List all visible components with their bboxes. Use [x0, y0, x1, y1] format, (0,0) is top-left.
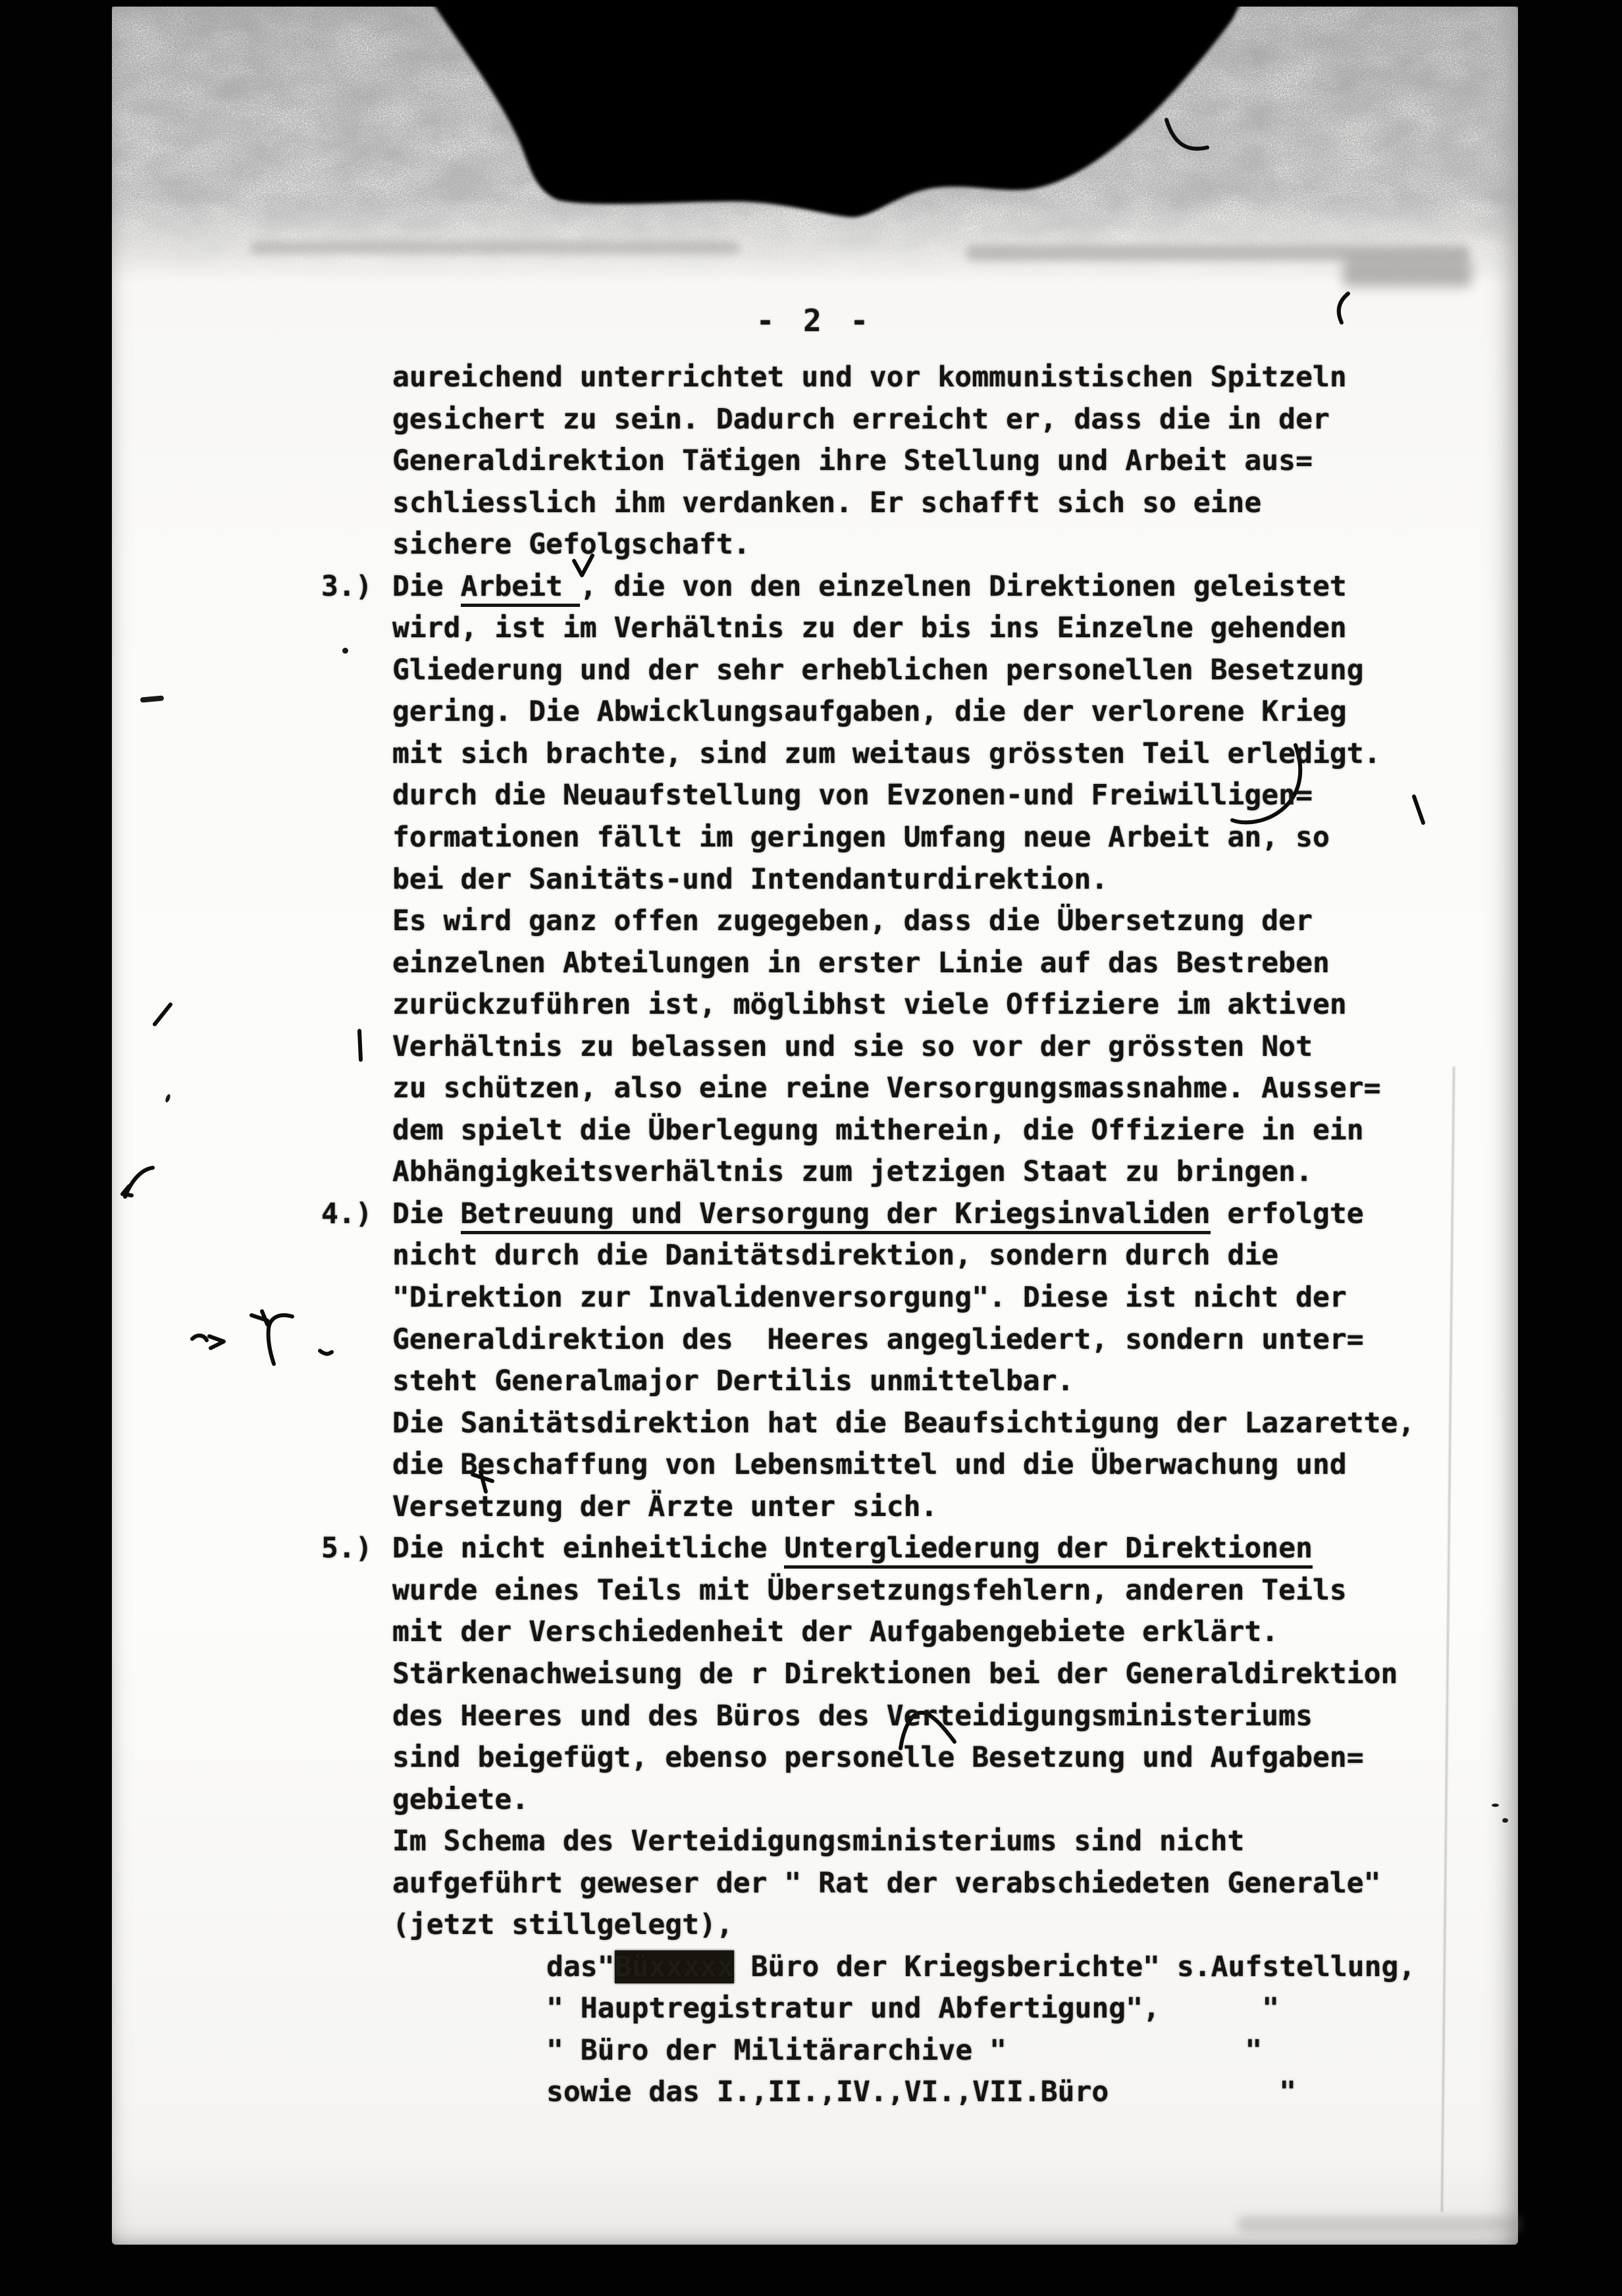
text-line: Die Sanitätsdirektion hat die Beaufsicht…	[392, 1403, 1525, 1445]
line-text: Generaldirektion des Heeres angegliedert…	[392, 1323, 1364, 1356]
text-line: dem spielt die Überlegung mitherein, die…	[392, 1110, 1525, 1152]
text-line: wird, ist im Verhältnis zu der bis ins E…	[392, 608, 1525, 650]
line-text: aureichend unterrichtet und vor kommunis…	[392, 361, 1347, 394]
text-line: gering. Die Abwicklungsaufgaben, die der…	[392, 691, 1525, 733]
line-text: sowie das I.,II.,IV.,VI.,VII.Büro "	[546, 2075, 1296, 2108]
text-line: sind beigefügt, ebenso personelle Besetz…	[392, 1737, 1525, 1779]
line-text: aufgeführt geweser der " Rat der verabsc…	[392, 1867, 1381, 1900]
line-text: zu schützen, also eine reine Versorgungs…	[392, 1072, 1381, 1105]
line-text: zurückzuführen ist, möglibhst viele Offi…	[392, 988, 1347, 1021]
line-text: schliesslich ihm verdanken. Er schafft s…	[392, 486, 1261, 519]
line-text: wird, ist im Verhältnis zu der bis ins E…	[392, 612, 1347, 644]
line-text: Versetzung der Ärzte unter sich.	[392, 1490, 937, 1523]
text-line: mit sich brachte, sind zum weitaus gröss…	[392, 733, 1525, 775]
text-line: Stärkenachweisung de r Direktionen bei d…	[392, 1654, 1525, 1696]
overstruck-text: Büxxxxx	[615, 1950, 734, 1983]
text-line: Es wird ganz offen zugegeben, dass die Ü…	[392, 900, 1525, 943]
line-text: sichere Gefolgschaft.	[392, 528, 750, 561]
underlined-text: Untergliederung der Direktionen	[784, 1532, 1313, 1569]
item-number: 5.)	[321, 1528, 373, 1570]
line-text: Es wird ganz offen zugegeben, dass die Ü…	[392, 904, 1313, 937]
underlined-text: Arbeit	[461, 570, 580, 607]
text-line: Verhältnis zu belassen und sie so vor de…	[392, 1026, 1525, 1068]
text-line: 4.)Die Betreuung und Versorgung der Krie…	[392, 1193, 1525, 1236]
line-text: Abhängigkeitsverhältnis zum jetzigen Sta…	[392, 1155, 1313, 1188]
text-line: sichere Gefolgschaft.	[392, 524, 1525, 566]
text-line: Gliederung und der sehr erheblichen pers…	[392, 650, 1525, 692]
line-text: gesichert zu sein. Dadurch erreicht er, …	[392, 403, 1330, 436]
document-text: aureichend unterrichtet und vor kommunis…	[392, 357, 1525, 2114]
text-line: Abhängigkeitsverhältnis zum jetzigen Sta…	[392, 1151, 1525, 1193]
text-line: " Büro der Militärarchive " "	[392, 2030, 1525, 2072]
line-text: Gliederung und der sehr erheblichen pers…	[392, 654, 1364, 687]
line-text: bei der Sanitäts-und Intendanturdirektio…	[392, 863, 1108, 896]
text-line: mit der Verschiedenheit der Aufgabengebi…	[392, 1611, 1525, 1654]
line-text: Die nicht einheitliche	[392, 1532, 784, 1565]
text-line: zurückzuführen ist, möglibhst viele Offi…	[392, 984, 1525, 1026]
text-line: " Hauptregistratur und Abfertigung", "	[392, 1988, 1525, 2030]
text-line: das"Büxxxxx Büro der Kriegsberichte" s.A…	[392, 1946, 1525, 1989]
text-line: aureichend unterrichtet und vor kommunis…	[392, 357, 1525, 399]
text-line: gebiete.	[392, 1779, 1525, 1821]
text-line: nicht durch die Danitätsdirektion, sonde…	[392, 1235, 1525, 1277]
line-text: sind beigefügt, ebenso personelle Besetz…	[392, 1741, 1364, 1774]
line-text: formationen fällt im geringen Umfang neu…	[392, 821, 1330, 854]
line-text: " Hauptregistratur und Abfertigung", "	[546, 1992, 1279, 2025]
line-text: gebiete.	[392, 1783, 529, 1816]
line-text: durch die Neuaufstellung von Evzonen-und…	[392, 779, 1313, 812]
text-line: bei der Sanitäts-und Intendanturdirektio…	[392, 859, 1525, 901]
item-number: 3.)	[321, 566, 373, 608]
item-number: 4.)	[321, 1193, 373, 1236]
line-text: Generaldirektion Tätigen ihre Stellung u…	[392, 444, 1313, 477]
text-line: gesichert zu sein. Dadurch erreicht er, …	[392, 399, 1525, 441]
text-line: schliesslich ihm verdanken. Er schafft s…	[392, 483, 1525, 525]
text-line: durch die Neuaufstellung von Evzonen-und…	[392, 775, 1525, 817]
line-text: , die von den einzelnen Direktionen gele…	[580, 570, 1347, 603]
text-line: 5.)Die nicht einheitliche Untergliederun…	[392, 1528, 1525, 1570]
line-text: " Büro der Militärarchive " "	[546, 2034, 1262, 2067]
line-text: dem spielt die Überlegung mitherein, die…	[392, 1114, 1364, 1147]
line-text: Verhältnis zu belassen und sie so vor de…	[392, 1030, 1313, 1063]
underlined-text: Betreuung und Versorgung der Kriegsinval…	[461, 1197, 1211, 1234]
text-line: einzelnen Abteilungen in erster Linie au…	[392, 943, 1525, 985]
text-line: "Direktion zur Invalidenversorgung". Die…	[392, 1277, 1525, 1319]
line-text: Büro der Kriegsberichte" s.Aufstellung,	[734, 1950, 1416, 1983]
text-line: sowie das I.,II.,IV.,VI.,VII.Büro "	[392, 2072, 1525, 2114]
line-text: mit der Verschiedenheit der Aufgabengebi…	[392, 1615, 1278, 1648]
text-line: formationen fällt im geringen Umfang neu…	[392, 817, 1525, 859]
text-line: wurde eines Teils mit Übersetzungsfehler…	[392, 1570, 1525, 1612]
line-text: mit sich brachte, sind zum weitaus gröss…	[392, 737, 1381, 770]
line-text: gering. Die Abwicklungsaufgaben, die der…	[392, 695, 1347, 728]
text-line: steht Generalmajor Dertilis unmittelbar.	[392, 1361, 1525, 1403]
text-line: 3.)Die Arbeit , die von den einzelnen Di…	[392, 566, 1525, 608]
line-text: (jetzt stillgelegt),	[392, 1908, 733, 1941]
line-text: Stärkenachweisung de r Direktionen bei d…	[392, 1657, 1398, 1690]
text-line: zu schützen, also eine reine Versorgungs…	[392, 1068, 1525, 1110]
text-line: Generaldirektion Tätigen ihre Stellung u…	[392, 440, 1525, 483]
line-text: des Heeres und des Büros des Verteidigun…	[392, 1700, 1313, 1733]
line-text: Die	[392, 1197, 461, 1230]
line-text: die Beschaffung von Lebensmittel und die…	[392, 1448, 1347, 1481]
line-text: einzelnen Abteilungen in erster Linie au…	[392, 947, 1330, 979]
page-number: - 2 -	[112, 303, 1518, 338]
line-text: Im Schema des Verteidigungsministeriums …	[392, 1825, 1244, 1858]
line-text: nicht durch die Danitätsdirektion, sonde…	[392, 1239, 1278, 1272]
line-text: erfolgte	[1211, 1197, 1364, 1230]
text-line: aufgeführt geweser der " Rat der verabsc…	[392, 1863, 1525, 1905]
text-line: des Heeres und des Büros des Verteidigun…	[392, 1696, 1525, 1738]
text-line: Versetzung der Ärzte unter sich.	[392, 1486, 1525, 1528]
line-text: Die	[392, 570, 461, 603]
line-text: wurde eines Teils mit Übersetzungsfehler…	[392, 1574, 1347, 1607]
text-line: (jetzt stillgelegt),	[392, 1904, 1525, 1946]
text-line: Im Schema des Verteidigungsministeriums …	[392, 1821, 1525, 1863]
line-text: steht Generalmajor Dertilis unmittelbar.	[392, 1365, 1074, 1397]
line-text: das"	[546, 1950, 615, 1983]
line-text: Die Sanitätsdirektion hat die Beaufsicht…	[392, 1407, 1415, 1440]
text-line: die Beschaffung von Lebensmittel und die…	[392, 1444, 1525, 1486]
scanned-document-page: - 2 - aureichend unterrichtet und vor ko…	[0, 0, 1622, 2296]
line-text: "Direktion zur Invalidenversorgung". Die…	[392, 1281, 1347, 1314]
text-line: Generaldirektion des Heeres angegliedert…	[392, 1319, 1525, 1361]
